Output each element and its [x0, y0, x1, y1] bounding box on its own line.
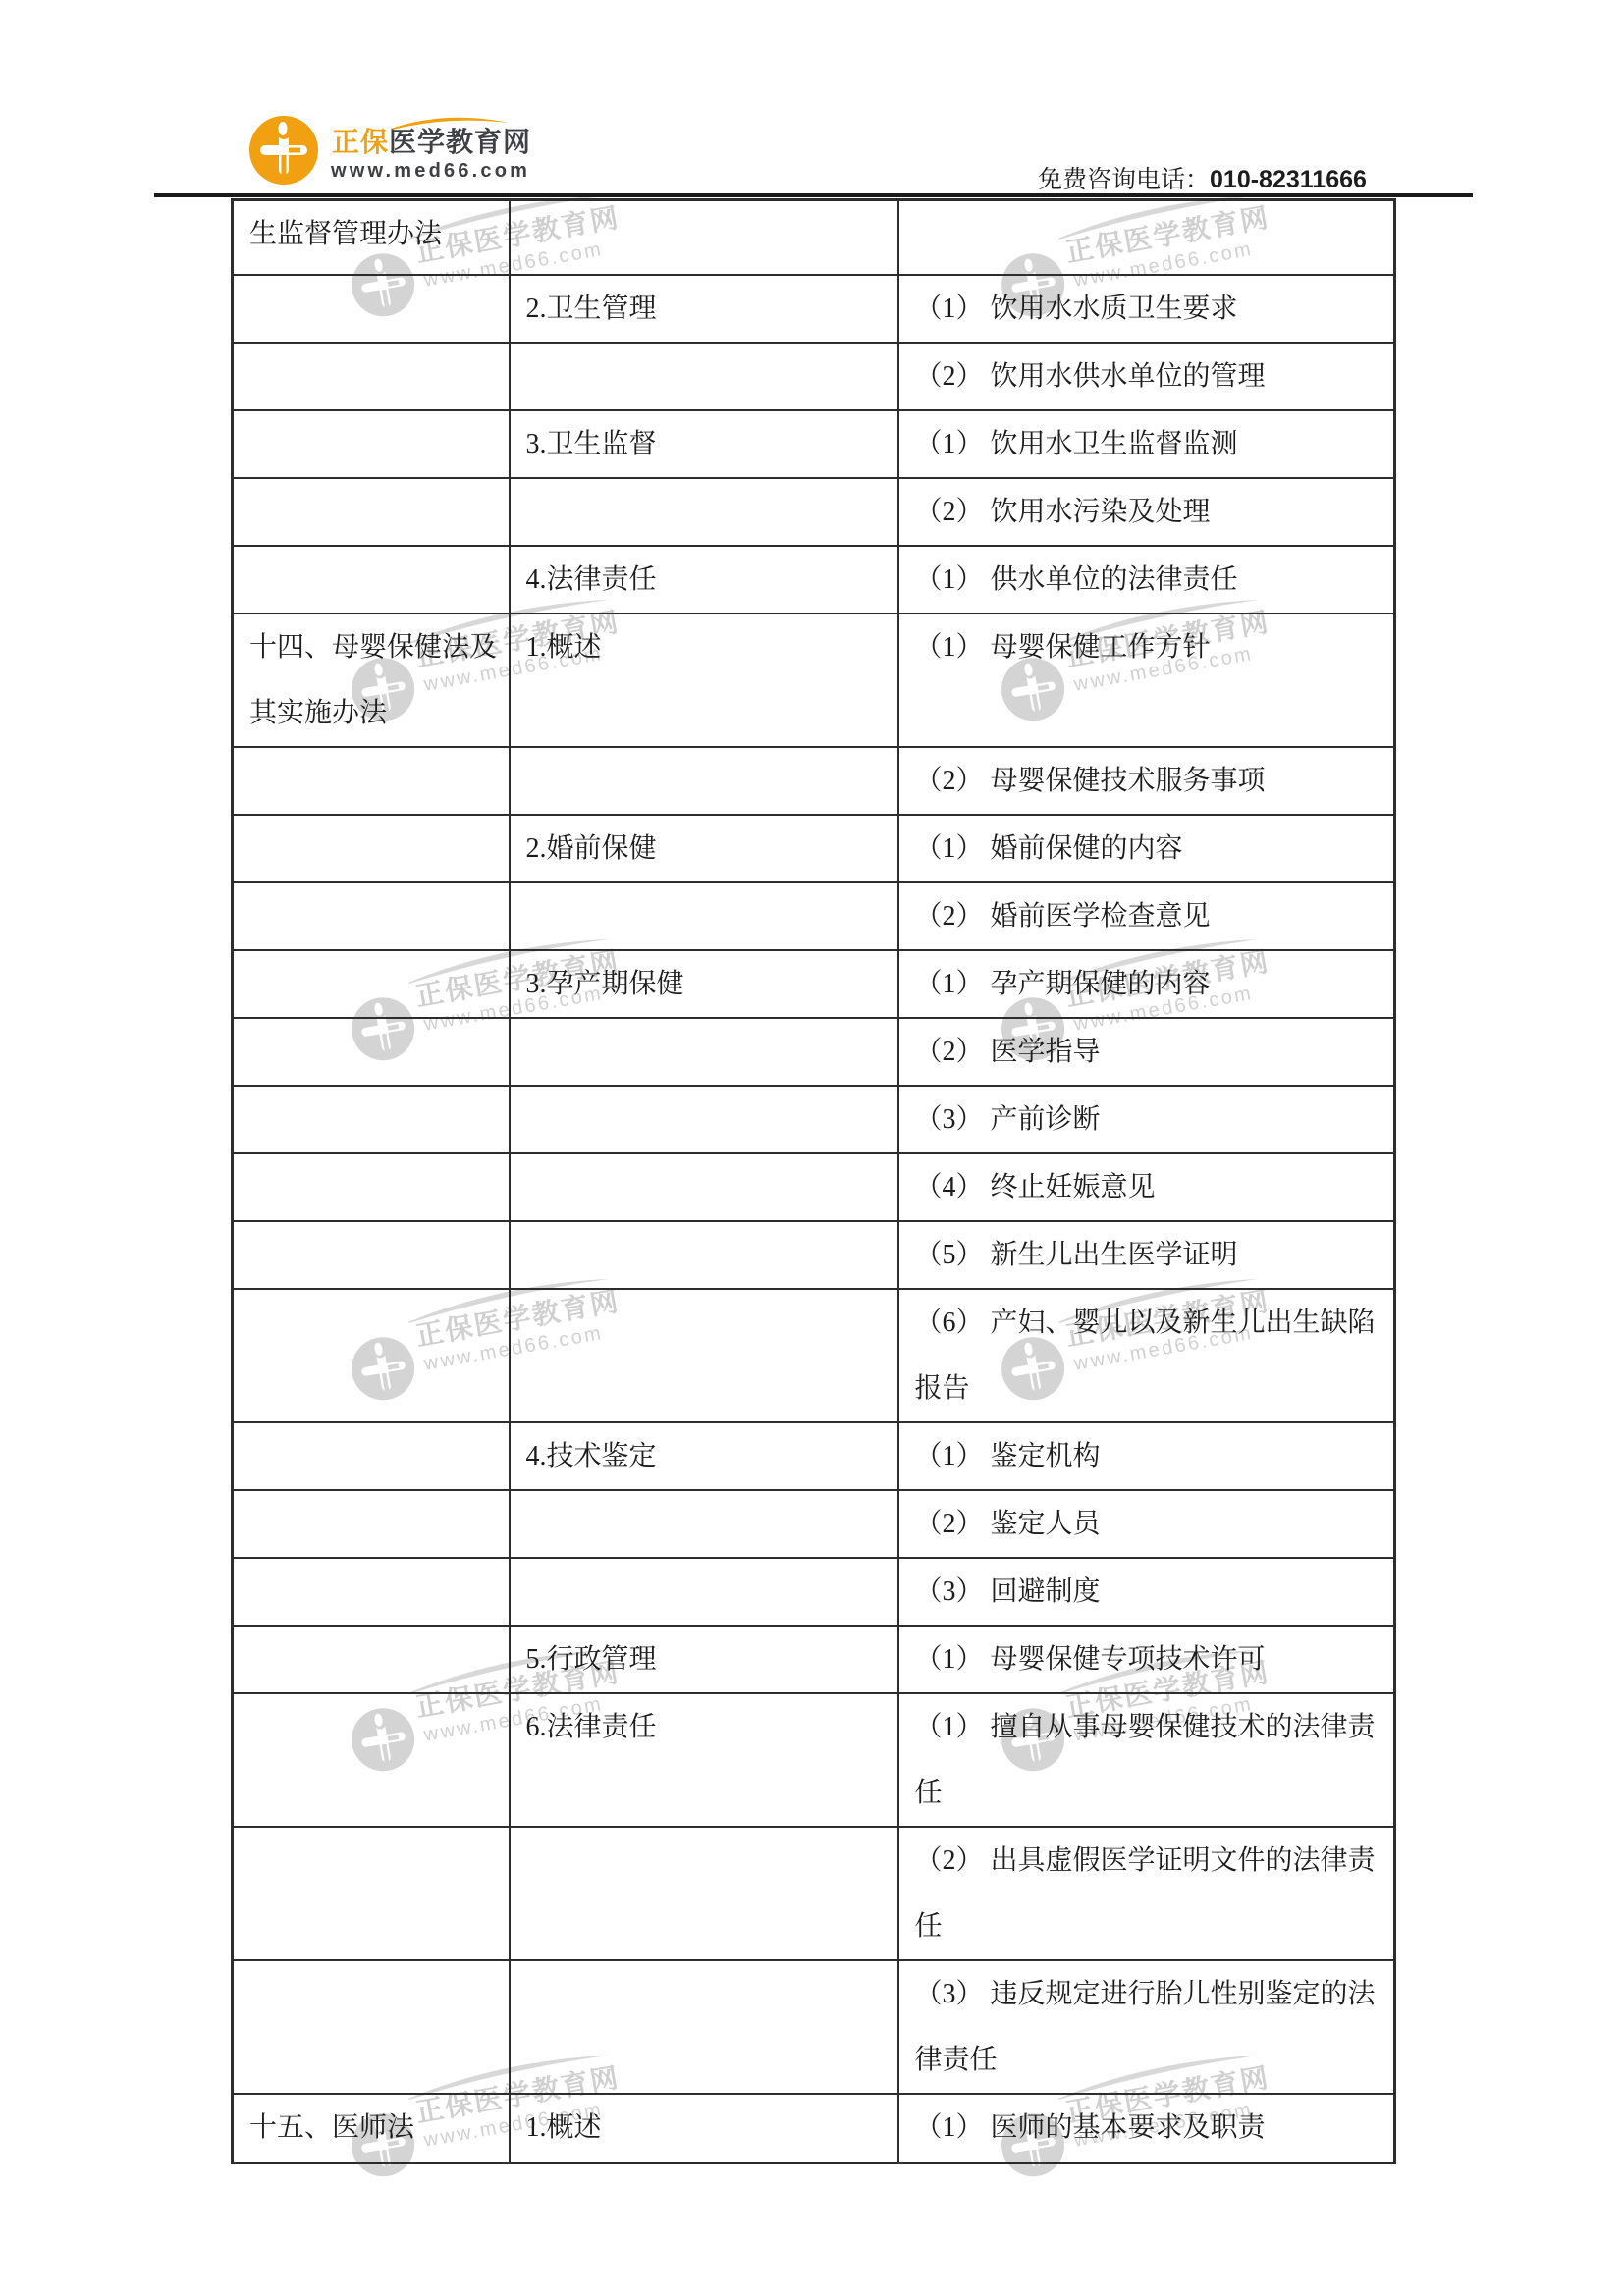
table-row: （3） 回避制度	[233, 1558, 1395, 1626]
brand-url: www.med66.com	[331, 160, 530, 183]
cell-chapter	[233, 747, 510, 815]
cell-point: （1） 孕产期保健的内容	[898, 950, 1395, 1018]
cell-chapter	[233, 882, 510, 950]
cell-point: （1） 供水单位的法律责任	[898, 546, 1395, 614]
cell-section	[510, 1018, 898, 1086]
cell-chapter	[233, 1086, 510, 1153]
syllabus-table: 生监督管理办法2.卫生管理（1） 饮用水水质卫生要求（2） 饮用水供水单位的管理…	[231, 198, 1396, 2164]
cell-chapter	[233, 1018, 510, 1086]
cell-section	[510, 200, 898, 275]
table-row: （2） 出具虚假医学证明文件的法律责 任	[233, 1827, 1395, 1960]
cell-point: （2） 鉴定人员	[898, 1490, 1395, 1558]
cell-section	[510, 747, 898, 815]
phone-number: 010-82311666	[1210, 166, 1367, 193]
cell-point: （4） 终止妊娠意见	[898, 1153, 1395, 1221]
table-row: （2） 饮用水污染及处理	[233, 478, 1395, 546]
cell-chapter: 十四、母婴保健法及 其实施办法	[233, 614, 510, 747]
cell-point: （1） 饮用水水质卫生要求	[898, 275, 1395, 343]
cell-point: （1） 母婴保健专项技术许可	[898, 1626, 1395, 1693]
table-row: （2） 婚前医学检查意见	[233, 882, 1395, 950]
cell-point: （1） 婚前保健的内容	[898, 815, 1395, 882]
table-row: 十五、医师法1.概述（1） 医师的基本要求及职责	[233, 2094, 1395, 2163]
cell-chapter	[233, 343, 510, 410]
table-row: 3.卫生监督（1） 饮用水卫生监督监测	[233, 410, 1395, 478]
table-row: （6） 产妇、婴儿以及新生儿出生缺陷 报告	[233, 1289, 1395, 1422]
cell-section: 2.婚前保健	[510, 815, 898, 882]
table-row: （3） 产前诊断	[233, 1086, 1395, 1153]
cell-section	[510, 478, 898, 546]
cell-chapter	[233, 1422, 510, 1490]
table-row: （5） 新生儿出生医学证明	[233, 1221, 1395, 1289]
cell-point: （3） 产前诊断	[898, 1086, 1395, 1153]
cell-section: 4.技术鉴定	[510, 1422, 898, 1490]
cell-point: （1） 医师的基本要求及职责	[898, 2094, 1395, 2163]
cell-point: （2） 饮用水污染及处理	[898, 478, 1395, 546]
cell-section	[510, 1827, 898, 1960]
cell-chapter	[233, 1960, 510, 2094]
document-page: 正保医学教育网 www.med66.com 正保医学教育网 www.med66.…	[0, 0, 1624, 2296]
table-row: 4.法律责任（1） 供水单位的法律责任	[233, 546, 1395, 614]
brand-name-orange: 正保	[332, 128, 389, 158]
table-row: 生监督管理办法	[233, 200, 1395, 275]
cell-chapter	[233, 275, 510, 343]
cell-section	[510, 1221, 898, 1289]
phone-label: 免费咨询电话：	[1038, 167, 1210, 193]
table-row: 2.卫生管理（1） 饮用水水质卫生要求	[233, 275, 1395, 343]
cell-point: （6） 产妇、婴儿以及新生儿出生缺陷 报告	[898, 1289, 1395, 1422]
cell-chapter	[233, 478, 510, 546]
cell-section: 5.行政管理	[510, 1626, 898, 1693]
cell-point: （1） 鉴定机构	[898, 1422, 1395, 1490]
table-row: 十四、母婴保健法及 其实施办法1.概述（1） 母婴保健工作方针	[233, 614, 1395, 747]
cell-section	[510, 343, 898, 410]
cell-chapter: 十五、医师法	[233, 2094, 510, 2163]
cell-section	[510, 1153, 898, 1221]
cell-point	[898, 200, 1395, 275]
table-row: （2） 鉴定人员	[233, 1490, 1395, 1558]
cell-point: （3） 回避制度	[898, 1558, 1395, 1626]
table-row: （2） 母婴保健技术服务事项	[233, 747, 1395, 815]
cell-chapter	[233, 1693, 510, 1827]
cell-chapter	[233, 1289, 510, 1422]
cell-section	[510, 1960, 898, 2094]
cell-chapter	[233, 1490, 510, 1558]
cell-point: （1） 擅自从事母婴保健技术的法律责 任	[898, 1693, 1395, 1827]
cell-point: （1） 母婴保健工作方针	[898, 614, 1395, 747]
cell-chapter	[233, 1558, 510, 1626]
table-row: （2） 医学指导	[233, 1018, 1395, 1086]
cell-chapter	[233, 1827, 510, 1960]
cell-point: （2） 母婴保健技术服务事项	[898, 747, 1395, 815]
cell-point: （2） 出具虚假医学证明文件的法律责 任	[898, 1827, 1395, 1960]
cell-section	[510, 882, 898, 950]
table-row: （2） 饮用水供水单位的管理	[233, 343, 1395, 410]
cell-chapter	[233, 410, 510, 478]
header-rule	[154, 193, 1473, 197]
table-row: （3） 违反规定进行胎儿性别鉴定的法 律责任	[233, 1960, 1395, 2094]
cell-section	[510, 1086, 898, 1153]
cell-section	[510, 1490, 898, 1558]
brand-name-dark: 医学教育网	[389, 128, 531, 158]
cell-chapter	[233, 1626, 510, 1693]
cell-point: （5） 新生儿出生医学证明	[898, 1221, 1395, 1289]
cell-section: 4.法律责任	[510, 546, 898, 614]
cell-chapter	[233, 546, 510, 614]
phone-info: 免费咨询电话：010-82311666	[1038, 160, 1367, 195]
cell-point: （2） 饮用水供水单位的管理	[898, 343, 1395, 410]
cell-section: 3.孕产期保健	[510, 950, 898, 1018]
table-row: 4.技术鉴定（1） 鉴定机构	[233, 1422, 1395, 1490]
cell-chapter	[233, 1221, 510, 1289]
cell-section	[510, 1289, 898, 1422]
cell-chapter	[233, 950, 510, 1018]
cell-point: （1） 饮用水卫生监督监测	[898, 410, 1395, 478]
cell-section: 6.法律责任	[510, 1693, 898, 1827]
cell-point: （3） 违反规定进行胎儿性别鉴定的法 律责任	[898, 1960, 1395, 2094]
table-row: 3.孕产期保健（1） 孕产期保健的内容	[233, 950, 1395, 1018]
cell-section: 3.卫生监督	[510, 410, 898, 478]
cell-chapter	[233, 1153, 510, 1221]
cell-section	[510, 1558, 898, 1626]
cell-section: 1.概述	[510, 614, 898, 747]
cell-point: （2） 婚前医学检查意见	[898, 882, 1395, 950]
table-row: 2.婚前保健（1） 婚前保健的内容	[233, 815, 1395, 882]
cell-section: 1.概述	[510, 2094, 898, 2163]
brand-name: 正保医学教育网	[332, 128, 531, 159]
cell-chapter: 生监督管理办法	[233, 200, 510, 275]
cell-section: 2.卫生管理	[510, 275, 898, 343]
med66-logo-icon	[248, 115, 319, 186]
table-row: 5.行政管理（1） 母婴保健专项技术许可	[233, 1626, 1395, 1693]
cell-point: （2） 医学指导	[898, 1018, 1395, 1086]
table-row: （4） 终止妊娠意见	[233, 1153, 1395, 1221]
table-row: 6.法律责任（1） 擅自从事母婴保健技术的法律责 任	[233, 1693, 1395, 1827]
cell-chapter	[233, 815, 510, 882]
